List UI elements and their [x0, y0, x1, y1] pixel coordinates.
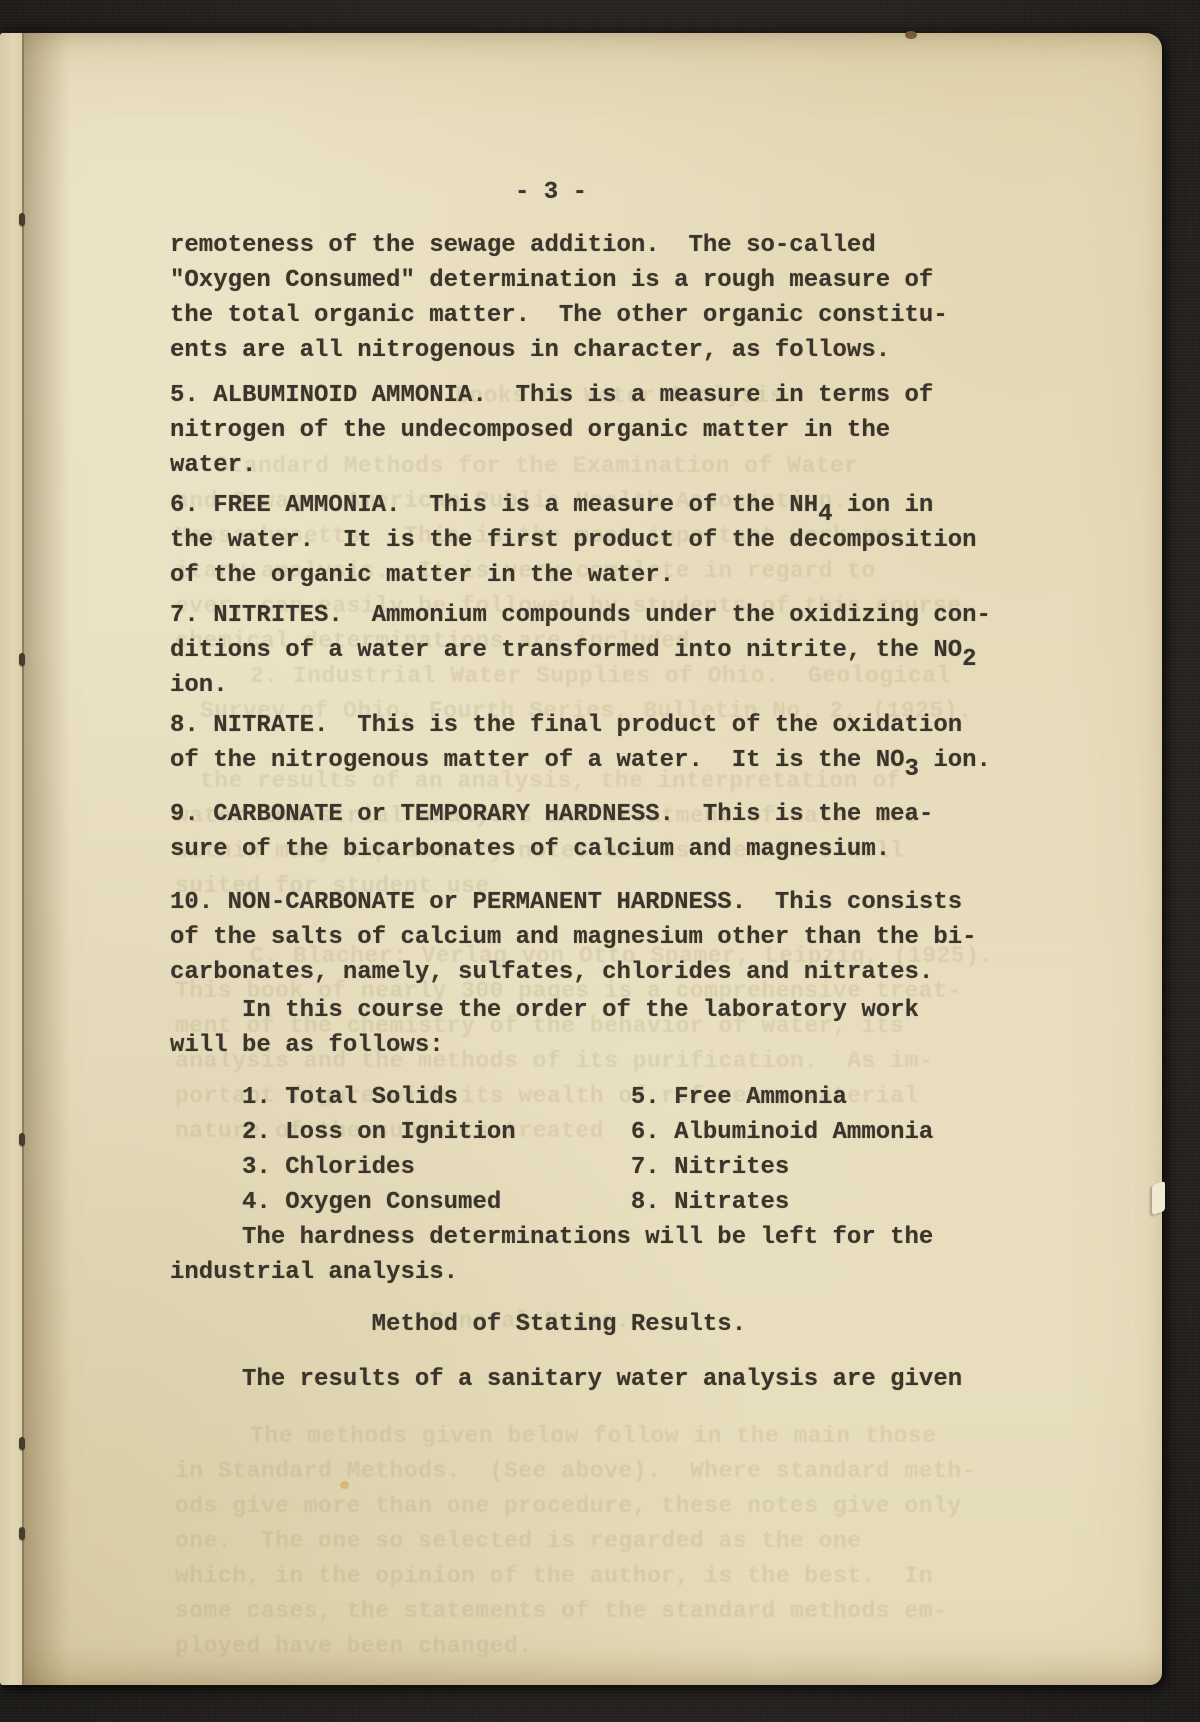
subscript-digit: 2	[962, 642, 976, 677]
item-10-noncarbonate-hardness: 10. NON-CARBONATE or PERMANENT HARDNESS.…	[170, 885, 1162, 990]
bleedthrough-line: ployed have been changed.	[175, 1633, 533, 1659]
text-line: ditions of a water are transformed into …	[170, 633, 1162, 668]
text-line: 7. NITRITES. Ammonium compounds under th…	[170, 598, 1162, 633]
text-line: ents are all nitrogenous in character, a…	[170, 333, 1162, 368]
stitch-dot	[19, 1527, 25, 1540]
text-line: 10. NON-CARBONATE or PERMANENT HARDNESS.…	[170, 885, 1162, 920]
text-line: the total organic matter. The other orga…	[170, 298, 1162, 333]
item-9-carbonate-hardness: 9. CARBONATE or TEMPORARY HARDNESS. This…	[170, 797, 1162, 867]
stitch-dot	[19, 1437, 25, 1450]
method-heading: Method of Stating Results.	[170, 1307, 1162, 1342]
text-line: 1. Total Solids 5. Free Ammonia	[170, 1080, 1162, 1115]
bleedthrough-line: which, in the opinion of the author, is …	[175, 1563, 933, 1589]
bleedthrough-line: ods give more than one procedure, these …	[175, 1493, 962, 1519]
item-5-albuminoid-ammonia: 5. ALBUMINOID AMMONIA. This is a measure…	[170, 378, 1162, 483]
text-line: the water. It is the first product of th…	[170, 523, 1162, 558]
text-line: 9. CARBONATE or TEMPORARY HARDNESS. This…	[170, 797, 1162, 832]
text-line: "Oxygen Consumed" determination is a rou…	[170, 263, 1162, 298]
stitch-dot	[19, 653, 25, 666]
text-line: of the salts of calcium and magnesium ot…	[170, 920, 1162, 955]
text-line: Method of Stating Results.	[170, 1307, 1162, 1342]
text-line: The results of a sanitary water analysis…	[170, 1362, 1162, 1397]
text-line: 4. Oxygen Consumed 8. Nitrates	[170, 1185, 1162, 1220]
subscript-digit: 4	[818, 497, 832, 532]
bleedthrough-line: some cases, the statements of the standa…	[175, 1598, 947, 1624]
text-line: ion.	[170, 668, 1162, 703]
text-line: of the organic matter in the water.	[170, 558, 1162, 593]
course-order-paragraph: In this course the order of the laborato…	[170, 993, 1162, 1063]
photograph-background: Books on Water Analysis.Standard Methods…	[0, 0, 1200, 1722]
typewritten-content: - 3 - remoteness of the sewage addition.…	[170, 175, 1162, 1397]
item-8-nitrate: 8. NITRATE. This is the final product of…	[170, 708, 1162, 778]
paper-stain	[340, 1481, 349, 1489]
text-line: 8. NITRATE. This is the final product of…	[170, 708, 1162, 743]
text-line: water.	[170, 448, 1162, 483]
text-line: 3. Chlorides 7. Nitrites	[170, 1150, 1162, 1185]
results-paragraph: The results of a sanitary water analysis…	[170, 1362, 1162, 1397]
text-line: of the nitrogenous matter of a water. It…	[170, 743, 1162, 778]
subscript-digit: 3	[905, 752, 919, 787]
text-blocks: remoteness of the sewage addition. The s…	[170, 228, 1162, 1397]
intro-paragraph: remoteness of the sewage addition. The s…	[170, 228, 1162, 368]
text-line: remoteness of the sewage addition. The s…	[170, 228, 1162, 263]
text-line: 2. Loss on Ignition 6. Albuminoid Ammoni…	[170, 1115, 1162, 1150]
item-6-free-ammonia: 6. FREE AMMONIA. This is a measure of th…	[170, 488, 1162, 593]
text-line: In this course the order of the laborato…	[170, 993, 1162, 1028]
stitch-dot	[19, 1133, 25, 1146]
text-line: The hardness determinations will be left…	[170, 1220, 1162, 1255]
page-number: - 3 -	[170, 175, 1162, 210]
text-line: carbonates, namely, sulfates, chlorides …	[170, 955, 1162, 990]
bleedthrough-line: in Standard Methods. (See above). Where …	[175, 1458, 976, 1484]
bleedthrough-line: one. The one so selected is regarded as …	[175, 1528, 862, 1554]
text-line: industrial analysis.	[170, 1255, 1162, 1290]
text-line: 5. ALBUMINOID AMMONIA. This is a measure…	[170, 378, 1162, 413]
item-7-nitrites: 7. NITRITES. Ammonium compounds under th…	[170, 598, 1162, 703]
binding-fold-shadow	[24, 33, 70, 1685]
text-line: will be as follows:	[170, 1028, 1162, 1063]
paper-speck	[905, 31, 917, 39]
lab-work-list: 1. Total Solids 5. Free Ammonia 2. Loss …	[170, 1080, 1162, 1220]
stitch-dot	[19, 213, 25, 226]
text-line: nitrogen of the undecomposed organic mat…	[170, 413, 1162, 448]
hardness-note-paragraph: The hardness determinations will be left…	[170, 1220, 1162, 1290]
bleedthrough-line: The methods given below follow in the ma…	[250, 1423, 937, 1449]
text-line: sure of the bicarbonates of calcium and …	[170, 832, 1162, 867]
document-page: Books on Water Analysis.Standard Methods…	[0, 33, 1162, 1685]
text-line: 6. FREE AMMONIA. This is a measure of th…	[170, 488, 1162, 523]
